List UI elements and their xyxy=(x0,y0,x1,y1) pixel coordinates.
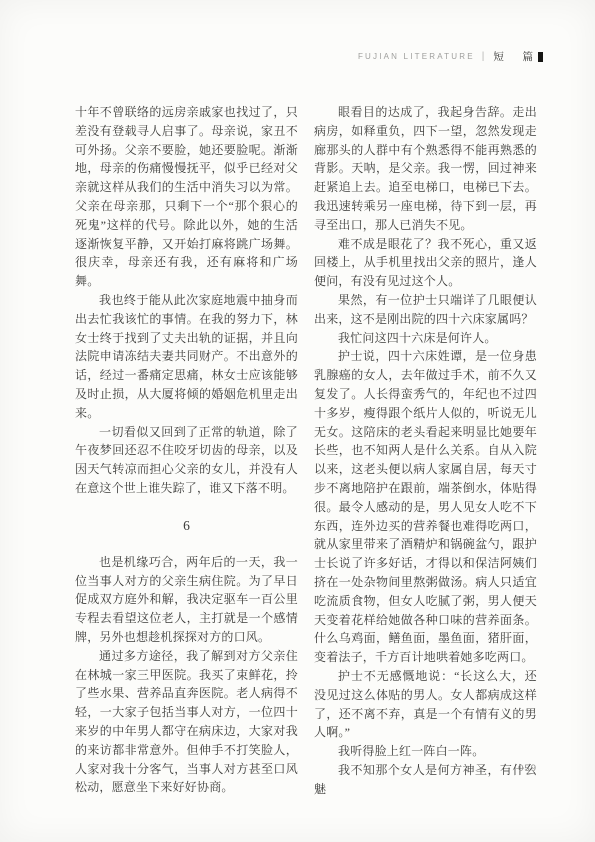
journal-name: FUJIAN LITERATURE xyxy=(358,52,475,61)
running-head: FUJIAN LITERATURE | 短 篇 xyxy=(358,49,543,64)
paragraph: 也是机缘巧合，两年后的一天，我一位当事人对方的父亲生病住院。为了早日促成双方庭外… xyxy=(75,553,298,647)
paragraph: 我忙问这四十六床是何许人。 xyxy=(314,329,537,348)
paragraph: 难不成是眼花了？我不死心，重又返回楼上，从手机里找出父亲的照片，逢人便问，有没有… xyxy=(314,235,537,291)
paragraph: 眼看目的达成了，我起身告辞。走出病房，如释重负，四下一望，忽然发现走廊那头的人群… xyxy=(314,103,537,235)
paragraph: 我也终于能从此次家庭地震中抽身而出去忙我该忙的事情。在我的努力下，林女士终于找到… xyxy=(75,291,298,423)
page-number: 059 xyxy=(518,763,537,774)
magazine-page: FUJIAN LITERATURE | 短 篇 十年不曾联络的远房亲戚家也找过了… xyxy=(0,0,595,842)
paragraph: 我不知那个女人是何方神圣，有什么魅 xyxy=(314,761,537,799)
section-label: 短 篇 xyxy=(493,49,541,64)
paragraph: 一切看似又回到了正常的轨道，除了午夜梦回还忍不住咬牙切齿的母亲，以及因天气转凉而… xyxy=(75,423,298,498)
section-number-heading: 6 xyxy=(75,515,298,537)
article-body: 十年不曾联络的远房亲戚家也找过了，只差没有登载寻人启事了。母亲说，家丑不可外扬。… xyxy=(75,103,537,798)
paragraph: 护士说，四十六床姓谭，是一位身患乳腺癌的女人，去年做过手术，前不久又复发了。人长… xyxy=(314,347,537,667)
left-column: 十年不曾联络的远房亲戚家也找过了，只差没有登载寻人启事了。母亲说，家丑不可外扬。… xyxy=(75,103,298,798)
right-column: 眼看目的达成了，我起身告辞。走出病房，如释重负，四下一望，忽然发现走廊那头的人群… xyxy=(314,103,537,798)
paragraph: 通过多方途径，我了解到对方父亲住在林城一家三甲医院。我买了束鲜花，拎了些水果、营… xyxy=(75,647,298,797)
paragraph: 护士不无感慨地说：“长这么大，还没见过这么体贴的男人。女人都病成这样了，还不离不… xyxy=(314,667,537,742)
paragraph: 我听得脸上红一阵白一阵。 xyxy=(314,742,537,761)
section-marker-icon xyxy=(538,52,543,62)
paragraph: 果然，有一位护士只端详了几眼便认出来，这不是刚出院的四十六床家属吗？ xyxy=(314,291,537,329)
paragraph: 十年不曾联络的远房亲戚家也找过了，只差没有登载寻人启事了。母亲说，家丑不可外扬。… xyxy=(75,103,298,291)
header-separator: | xyxy=(482,51,485,62)
